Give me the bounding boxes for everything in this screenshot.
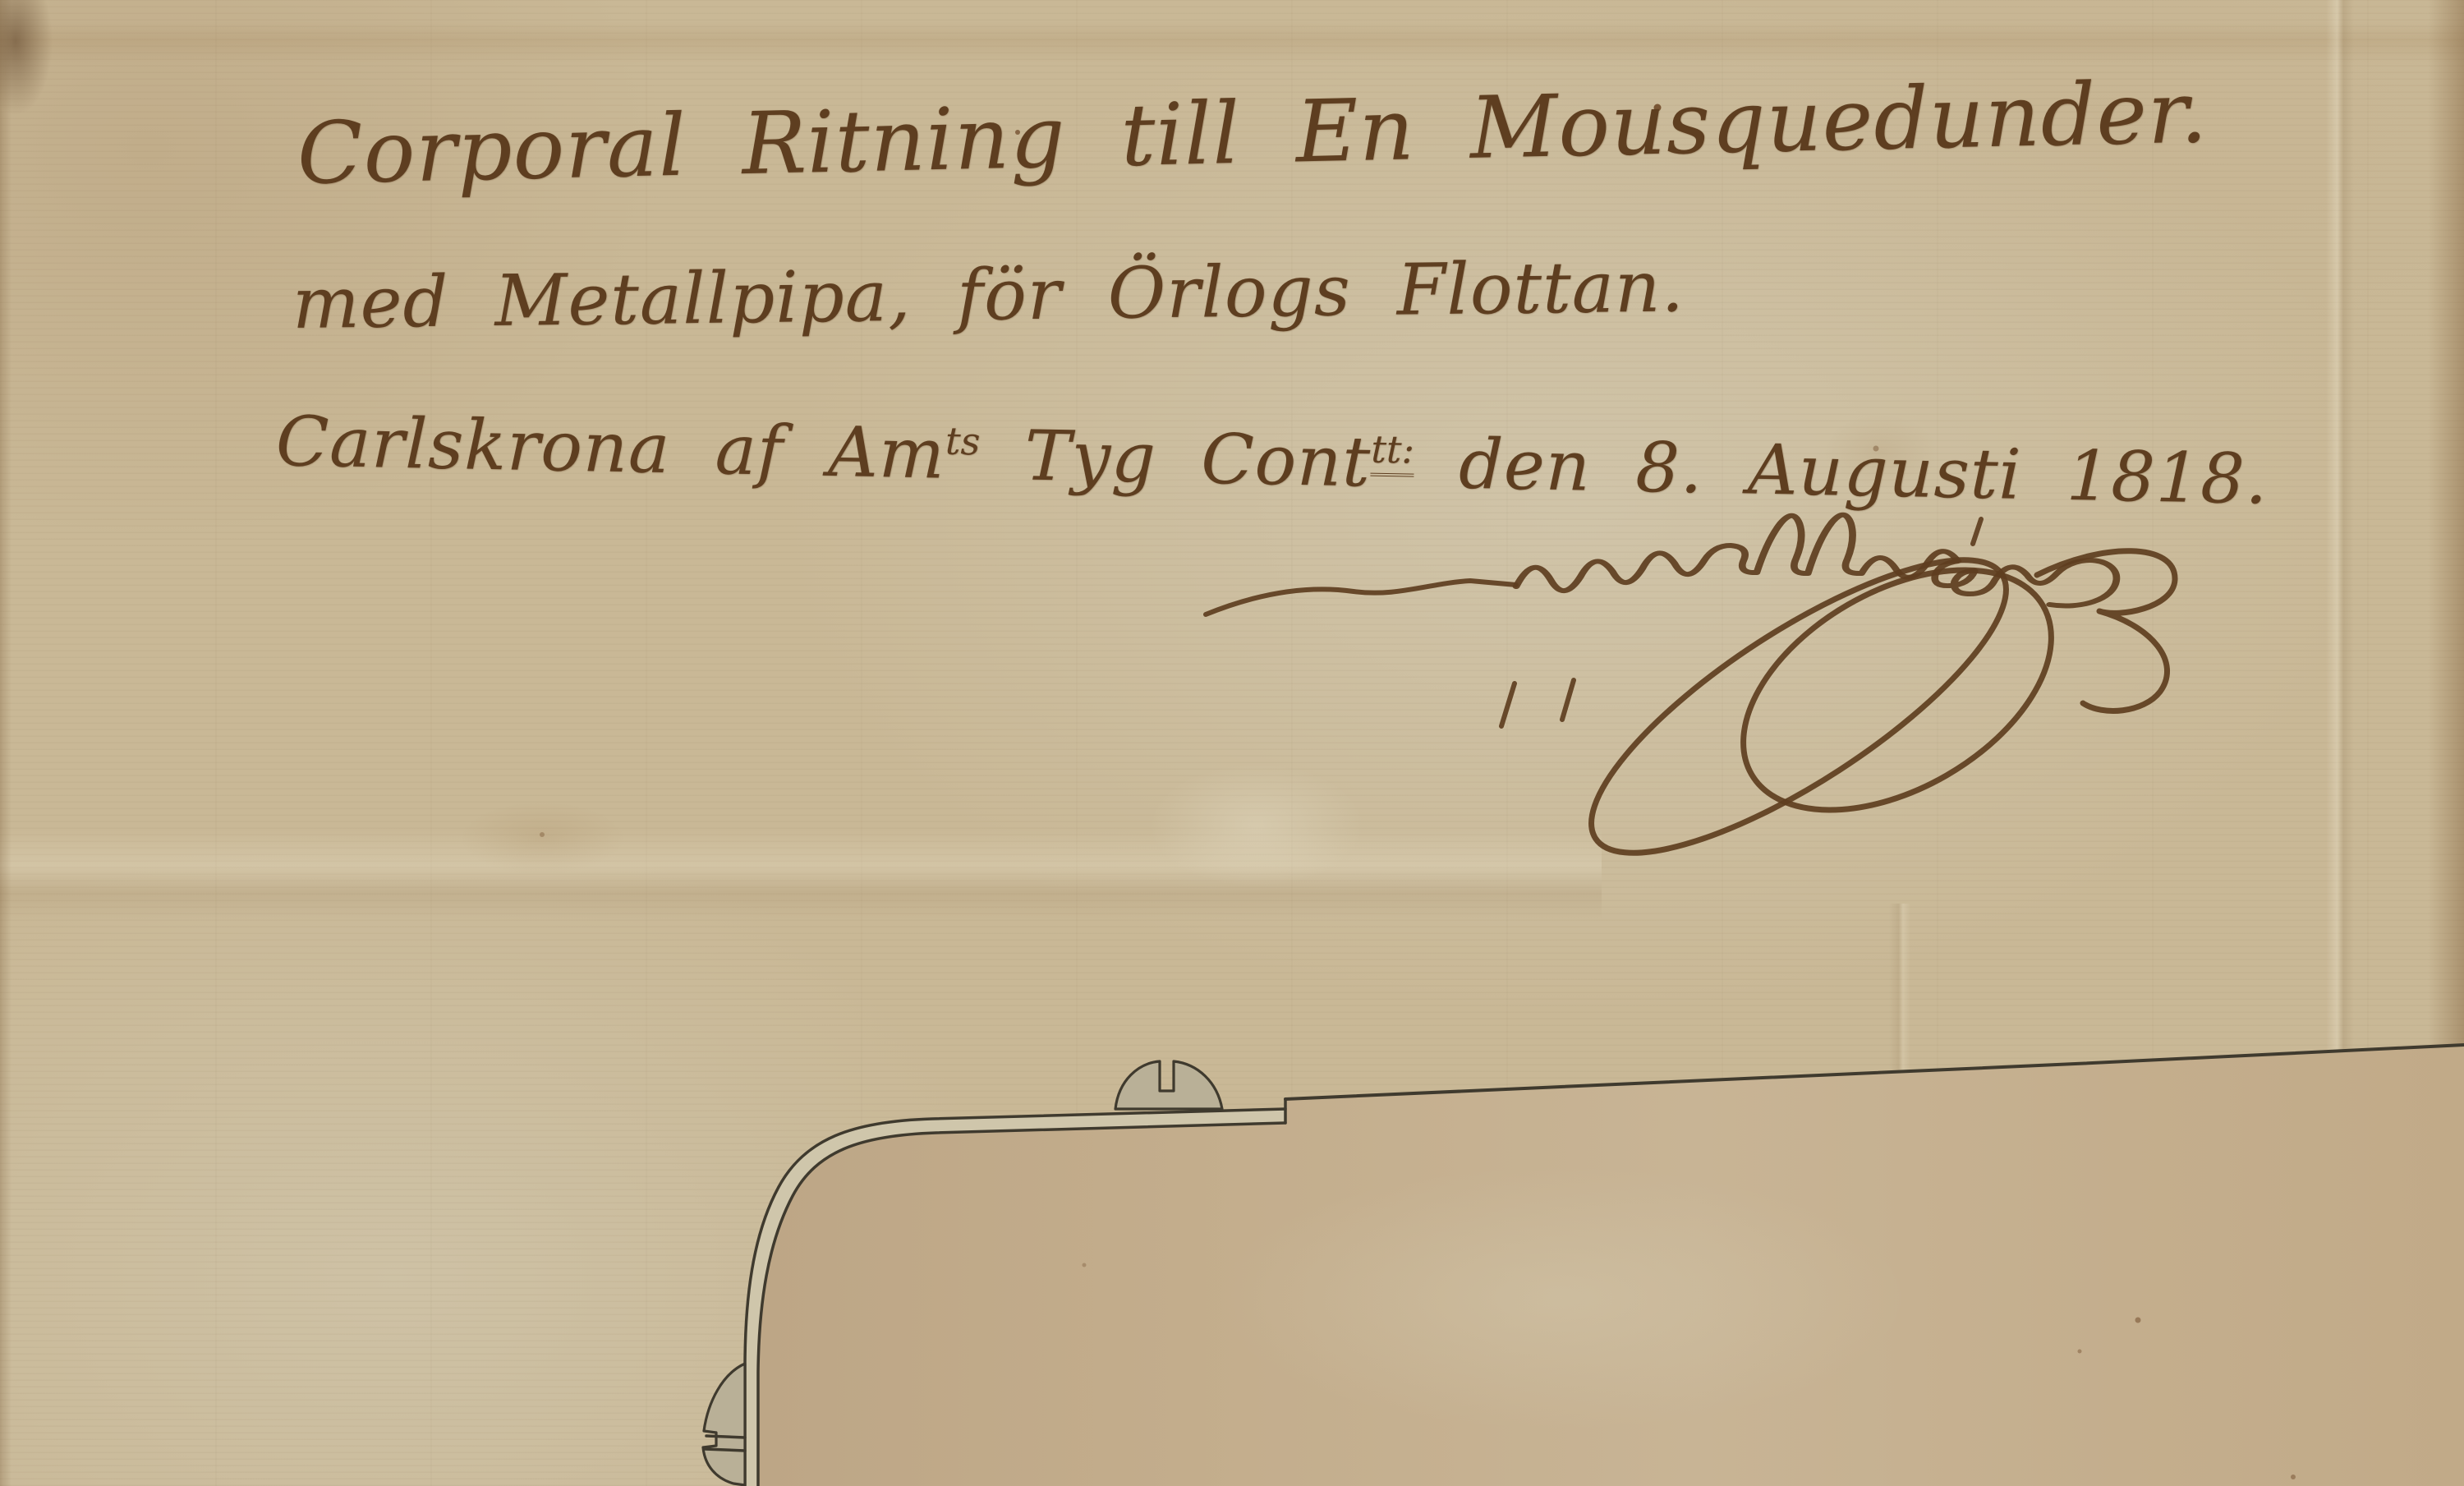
manuscript-page: Corporal Ritning till En Mousquedunder. … [0, 0, 2464, 1486]
drawing-canvas [0, 0, 2464, 1486]
signature-flourish [1206, 511, 2175, 902]
line3-text: Carlskrona af Am [275, 401, 946, 495]
signature-accent-tick [1973, 519, 1981, 544]
top-screw-head [1115, 1061, 1222, 1109]
title-line-2: med Metallpipa, för Örlogs Flottan. [292, 246, 1685, 345]
signature-name-stroke [1516, 515, 2117, 606]
line3-text: den 8. Augusti 1818. [1414, 423, 2269, 520]
line3-text: Tyg Cont [979, 414, 1372, 502]
signature-lead-stroke [1206, 581, 1516, 614]
signature-tick-marks [1501, 680, 1574, 726]
line3-superscript: ts [945, 419, 981, 464]
side-screw-head [703, 1364, 745, 1485]
stock-drawing [703, 1045, 2464, 1486]
line3-superscript: tt: [1371, 427, 1415, 477]
wood-pale-patch [1216, 1166, 1905, 1429]
